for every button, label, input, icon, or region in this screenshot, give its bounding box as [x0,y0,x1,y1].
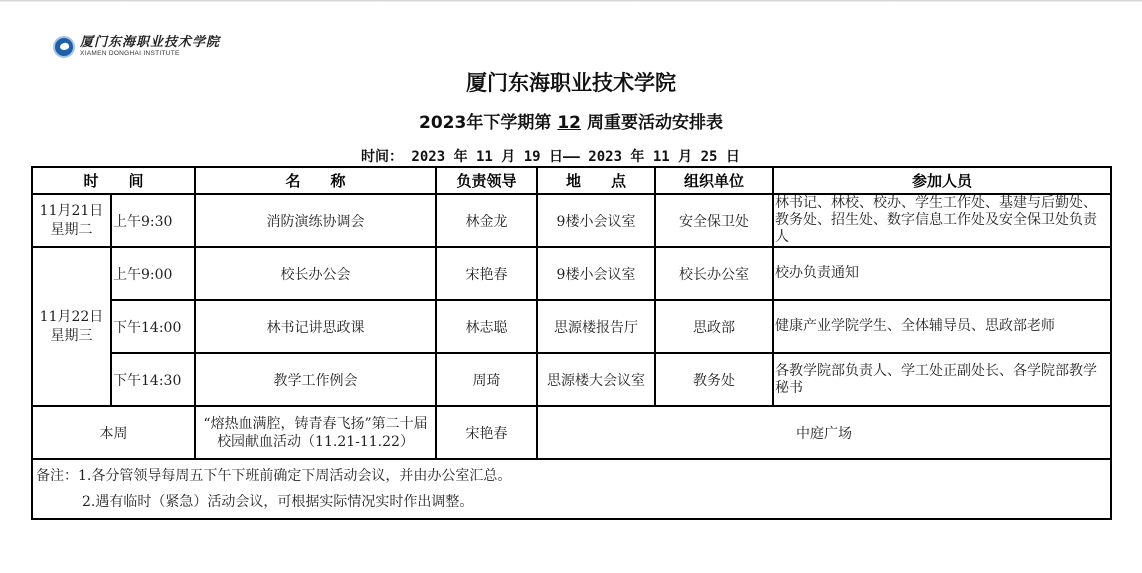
subtitle-suffix: 周重要活动安排表 [587,113,723,133]
date-range: 时间： 2023 年 11 月 19 日—— 2023 年 11 月 25 日 [361,146,740,166]
column-header-organizer: 组织单位 [655,167,773,194]
attendees-cell: 林书记、林校、校办、学生工作处、基建与后勤处、教务处、招生处、数字信息工作处及安… [773,194,1111,247]
location-cell: 中庭广场 [537,406,1111,459]
column-header-location: 地 点 [537,167,655,194]
week-label-cell: 本周 [32,406,195,459]
activity-name-cell: 林书记讲思政课 [195,300,436,353]
attendees-cell: 各教学院部负责人、学工处正副处长、各学院部教学秘书 [773,353,1111,406]
table-row: 11月22日星期三 上午9:00 校长办公会 宋艳春 9楼小会议室 校长办公室 … [32,247,1111,300]
attendees-cell: 校办负责通知 [773,247,1111,300]
logo-text: 厦门东海职业技术学院 XIAMEN DONGHAI INSTITUTE [80,36,220,58]
column-header-leader: 负责领导 [436,167,537,194]
table-row: 下午14:00 林书记讲思政课 林志聪 思源楼报告厅 思政部 健康产业学院学生、… [32,300,1111,353]
table-row: 下午14:30 教学工作例会 周琦 思源楼大会议室 教务处 各教学院部负责人、学… [32,353,1111,406]
table-row: 11月21日星期二 上午9:30 消防演练协调会 林金龙 9楼小会议室 安全保卫… [32,194,1111,247]
time-cell: 上午9:30 [111,194,195,247]
date-cell: 11月21日星期二 [32,194,111,247]
week-number: 12 [551,113,587,133]
logo-name-cn: 厦门东海职业技术学院 [80,36,220,49]
location-cell: 9楼小会议室 [537,247,655,300]
location-cell: 思源楼报告厅 [537,300,655,353]
organizer-cell: 思政部 [655,300,773,353]
document-subtitle: 2023年下学期第12周重要活动安排表 [0,108,1142,133]
time-cell: 上午9:00 [111,247,195,300]
logo-name-en: XIAMEN DONGHAI INSTITUTE [80,51,220,58]
weekday-text: 星期二 [35,221,108,240]
leader-cell: 林金龙 [436,194,537,247]
schedule-table: 时 间 名 称 负责领导 地 点 组织单位 参加人员 11月21日星期二 上午9… [31,166,1112,520]
weekday-text: 星期三 [35,327,108,346]
time-cell: 下午14:00 [111,300,195,353]
organizer-cell: 教务处 [655,353,773,406]
activity-name-cell: “熔热血满腔，铸青春飞扬”第二十届校园献血活动（11.21-11.22） [195,406,436,459]
subtitle-prefix: 2023年下学期第 [419,113,551,133]
leader-cell: 宋艳春 [436,247,537,300]
note-line-2: 2.遇有临时（紧急）活动会议，可根据实际情况实时作出调整。 [36,489,1108,515]
location-cell: 思源楼大会议室 [537,353,655,406]
note-line-1: 备注：1.各分管领导每周五下午下班前确定下周活动会议，并由办公室汇总。 [36,463,1108,489]
location-cell: 9楼小会议室 [537,194,655,247]
organizer-cell: 校长办公室 [655,247,773,300]
activity-name-cell: 校长办公会 [195,247,436,300]
leader-cell: 林志聪 [436,300,537,353]
activity-name-cell: 消防演练协调会 [195,194,436,247]
column-header-name: 名 称 [195,167,436,194]
date-text: 11月21日 [35,202,108,221]
time-cell: 下午14:30 [111,353,195,406]
notes-row: 备注：1.各分管领导每周五下午下班前确定下周活动会议，并由办公室汇总。 2.遇有… [32,459,1111,519]
page-top-border [0,0,1142,2]
leader-cell: 周琦 [436,353,537,406]
notes-cell: 备注：1.各分管领导每周五下午下班前确定下周活动会议，并由办公室汇总。 2.遇有… [32,459,1111,519]
table-header-row: 时 间 名 称 负责领导 地 点 组织单位 参加人员 [32,167,1111,194]
column-header-attendees: 参加人员 [773,167,1111,194]
activity-name-cell: 教学工作例会 [195,353,436,406]
attendees-cell: 健康产业学院学生、全体辅导员、思政部老师 [773,300,1111,353]
date-cell: 11月22日星期三 [32,247,111,406]
column-header-time: 时 间 [32,167,195,194]
institute-logo: 厦门东海职业技术学院 XIAMEN DONGHAI INSTITUTE [53,36,220,58]
date-text: 11月22日 [35,308,108,327]
leader-cell: 宋艳春 [436,406,537,459]
document-title: 厦门东海职业技术学院 [0,67,1142,97]
week-activity-row: 本周 “熔热血满腔，铸青春飞扬”第二十届校园献血活动（11.21-11.22） … [32,406,1111,459]
organizer-cell: 安全保卫处 [655,194,773,247]
institute-emblem-icon [53,36,75,58]
